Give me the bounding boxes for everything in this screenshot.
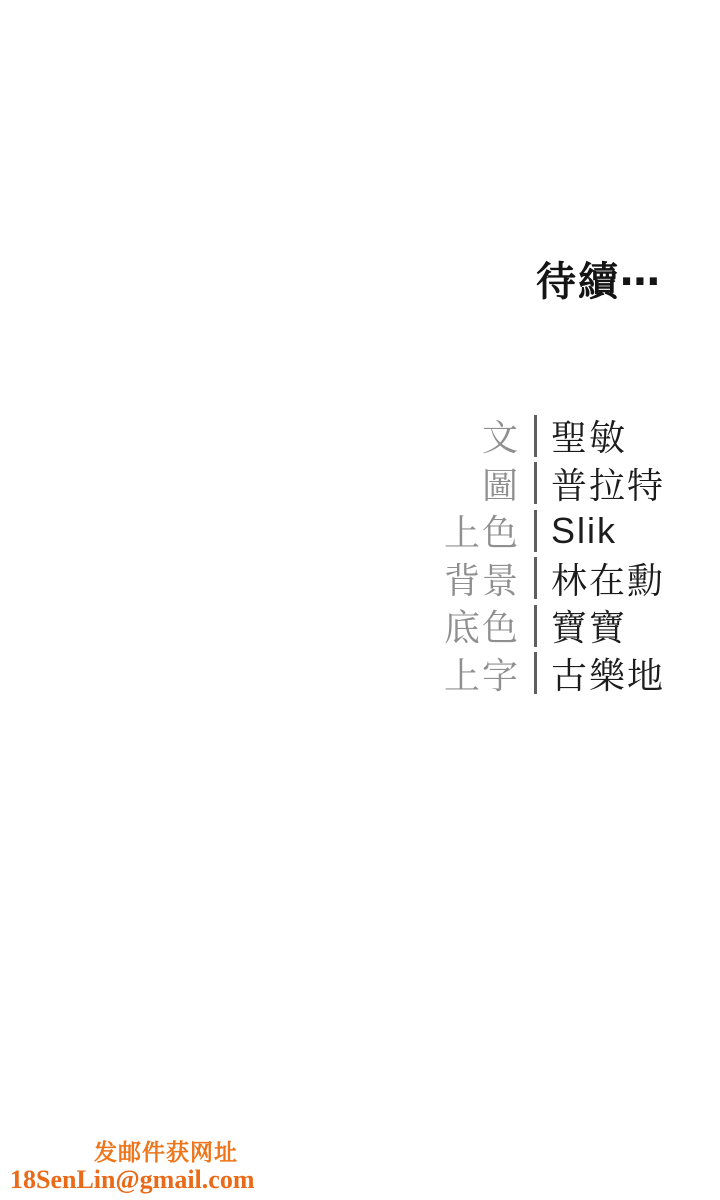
divider-bar (534, 462, 537, 504)
credit-row-lettering: 上字 古樂地 (300, 650, 665, 698)
credit-role-label: 圖 (300, 458, 520, 509)
watermark-text: 发邮件获网址 (10, 1139, 238, 1166)
divider-bar (534, 415, 537, 457)
credit-role-label: 文 (300, 410, 520, 461)
divider-bar (534, 605, 537, 647)
watermark-block: 发邮件获网址 18SenLin@gmail.com (10, 1139, 238, 1193)
credit-row-background: 背景 林在勳 (300, 555, 665, 603)
divider-bar (534, 652, 537, 694)
credit-role-label: 上字 (300, 648, 520, 699)
credit-name: Slik (551, 510, 617, 552)
to-be-continued-text: 待續⋯ (536, 250, 662, 307)
credit-row-artist: 圖 普拉特 (300, 460, 665, 508)
divider-bar (534, 510, 537, 552)
watermark-email: 18SenLin@gmail.com (10, 1166, 238, 1193)
credit-row-writer: 文 聖敏 (300, 412, 665, 460)
divider-bar (534, 557, 537, 599)
credit-name: 普拉特 (551, 458, 665, 509)
credit-role-label: 上色 (300, 505, 520, 556)
credits-block: 文 聖敏 圖 普拉特 上色 Slik 背景 林在勳 底色 寶寶 上字 古樂 (300, 412, 665, 697)
comic-end-page: 待續⋯ 文 聖敏 圖 普拉特 上色 Slik 背景 林在勳 底色 寶寶 (0, 0, 720, 1200)
credit-role-label: 背景 (300, 553, 520, 604)
credit-name: 寶寶 (551, 600, 627, 651)
credit-name: 林在勳 (551, 553, 665, 604)
credit-name: 聖敏 (551, 410, 627, 461)
credit-role-label: 底色 (300, 600, 520, 651)
credit-name: 古樂地 (551, 648, 665, 699)
credit-row-basecolor: 底色 寶寶 (300, 602, 665, 650)
credit-row-colorist: 上色 Slik (300, 507, 665, 555)
